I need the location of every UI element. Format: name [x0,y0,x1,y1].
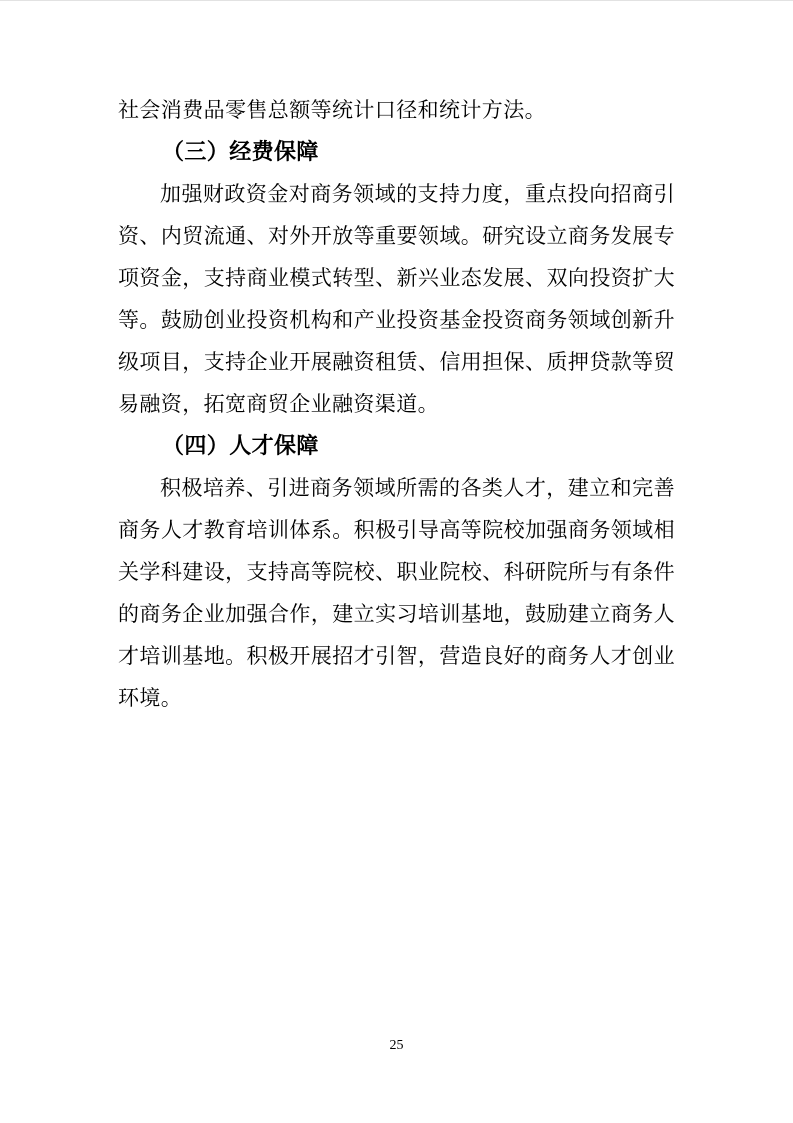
document-page: 社会消费品零售总额等统计口径和统计方法。 （三）经费保障 加强财政资金对商务领域… [0,0,793,1123]
section-heading-talent: （四）人才保障 [118,425,675,467]
paragraph-funding: 加强财政资金对商务领域的支持力度，重点投向招商引资、内贸流通、对外开放等重要领域… [118,173,675,425]
paragraph-continuation: 社会消费品零售总额等统计口径和统计方法。 [118,89,675,131]
paragraph-talent: 积极培养、引进商务领域所需的各类人才，建立和完善商务人才教育培训体系。积极引导高… [118,467,675,719]
section-heading-funding: （三）经费保障 [118,131,675,173]
page-number: 25 [390,1038,404,1053]
document-content: 社会消费品零售总额等统计口径和统计方法。 （三）经费保障 加强财政资金对商务领域… [118,89,675,719]
page-footer: 25 [0,1036,793,1055]
